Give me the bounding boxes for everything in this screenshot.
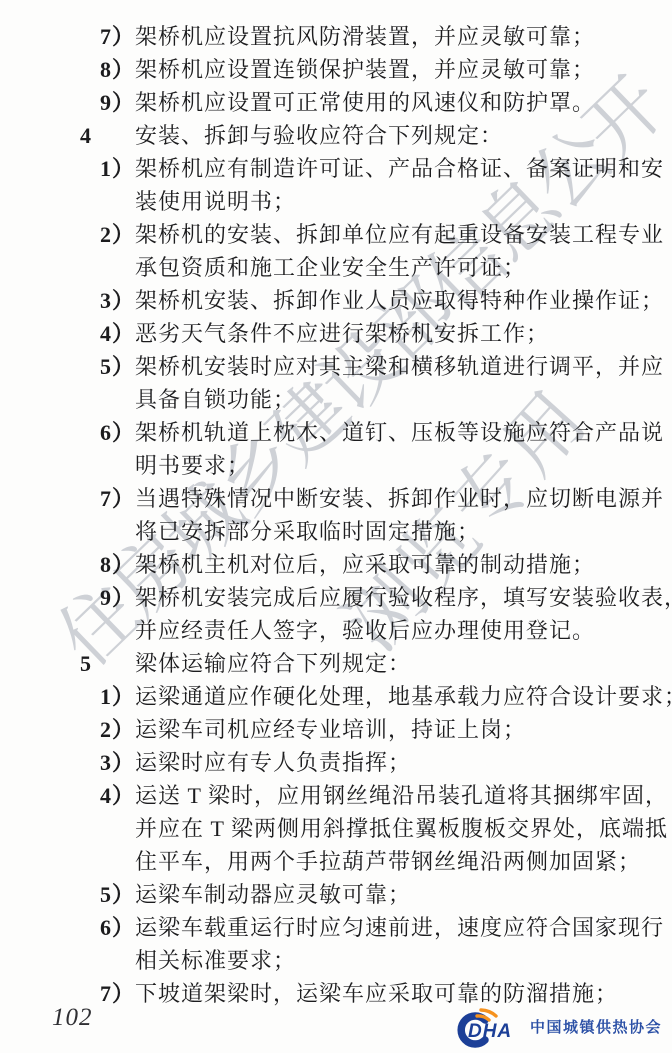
- list-item: 4） 恶劣天气条件不应进行架桥机安拆工作；: [60, 317, 660, 350]
- list-item: 7） 架桥机应设置抗风防滑装置，并应灵敏可靠；: [60, 20, 660, 53]
- text-line: 具备自锁功能；: [135, 383, 660, 416]
- document-body: 7） 架桥机应设置抗风防滑装置，并应灵敏可靠； 8） 架桥机应设置连锁保护装置，…: [60, 20, 660, 1010]
- item-number: 1）: [100, 680, 135, 713]
- item-number: 8）: [100, 53, 135, 86]
- list-item: 2） 运梁车司机应经专业培训，持证上岗；: [60, 713, 660, 746]
- text-line: 将已安拆部分采取临时固定措施；: [135, 515, 660, 548]
- association-logo: DHA 中国城镇供热协会: [452, 1006, 662, 1050]
- item-number: 9）: [100, 581, 135, 614]
- item-number: 8）: [100, 548, 135, 581]
- clause-number: 4: [80, 119, 92, 152]
- item-number: 2）: [100, 713, 135, 746]
- item-number: 1）: [100, 152, 135, 185]
- text-line: 恶劣天气条件不应进行架桥机安拆工作；: [135, 317, 660, 350]
- text-line: 架桥机安装完成后应履行验收程序，填写安装验收表，: [135, 581, 660, 614]
- list-item: 3） 运梁时应有专人负责指挥；: [60, 746, 660, 779]
- item-number: 7）: [100, 482, 135, 515]
- document-page: 住房城乡建设部信息公开 浏览专用 7） 架桥机应设置抗风防滑装置，并应灵敏可靠；…: [0, 0, 672, 1053]
- text-line: 架桥机应设置连锁保护装置，并应灵敏可靠；: [135, 53, 660, 86]
- list-item: 3） 架桥机安装、拆卸作业人员应取得特种作业操作证；: [60, 284, 660, 317]
- text-line: 架桥机轨道上枕木、道钉、压板等设施应符合产品说: [135, 416, 660, 449]
- list-item: 4） 运送 T 梁时，应用钢丝绳沿吊装孔道将其捆绑牢固， 并应在 T 梁两侧用斜…: [60, 779, 660, 878]
- item-number: 5）: [100, 350, 135, 383]
- list-item: 6） 架桥机轨道上枕木、道钉、压板等设施应符合产品说 明书要求；: [60, 416, 660, 482]
- clause-item: 4 安装、拆卸与验收应符合下列规定：: [60, 119, 660, 152]
- text-line: 架桥机安装、拆卸作业人员应取得特种作业操作证；: [135, 284, 660, 317]
- list-item: 5） 运梁车制动器应灵敏可靠；: [60, 878, 660, 911]
- item-number: 3）: [100, 746, 135, 779]
- logo-acronym: DHA: [468, 1021, 512, 1043]
- text-line: 并应经责任人签字，验收后应办理使用登记。: [135, 614, 660, 647]
- text-line: 运梁时应有专人负责指挥；: [135, 746, 660, 779]
- text-line: 架桥机的安装、拆卸单位应有起重设备安装工程专业: [135, 218, 660, 251]
- logo-association-name: 中国城镇供热协会: [530, 1006, 662, 1050]
- item-number: 4）: [100, 317, 135, 350]
- text-line: 运梁车司机应经专业培训，持证上岗；: [135, 713, 660, 746]
- list-item: 9） 架桥机应设置可正常使用的风速仪和防护罩。: [60, 86, 660, 119]
- item-number: 9）: [100, 86, 135, 119]
- text-line: 承包资质和施工企业安全生产许可证；: [135, 251, 660, 284]
- list-item: 6） 运梁车载重运行时应匀速前进，速度应符合国家现行 相关标准要求；: [60, 911, 660, 977]
- list-item: 7） 当遇特殊情况中断安装、拆卸作业时，应切断电源并 将已安拆部分采取临时固定措…: [60, 482, 660, 548]
- text-line: 运送 T 梁时，应用钢丝绳沿吊装孔道将其捆绑牢固，: [135, 779, 660, 812]
- item-number: 4）: [100, 779, 135, 812]
- text-line: 运梁通道应作硬化处理，地基承载力应符合设计要求；: [135, 680, 660, 713]
- list-item: 8） 架桥机主机对位后，应采取可靠的制动措施；: [60, 548, 660, 581]
- text-line: 架桥机主机对位后，应采取可靠的制动措施；: [135, 548, 660, 581]
- text-line: 安装、拆卸与验收应符合下列规定：: [135, 119, 660, 152]
- list-item: 9） 架桥机安装完成后应履行验收程序，填写安装验收表， 并应经责任人签字，验收后…: [60, 581, 660, 647]
- text-line: 并应在 T 梁两侧用斜撑抵住翼板腹板交界处，底端抵: [135, 812, 660, 845]
- list-item: 1） 运梁通道应作硬化处理，地基承载力应符合设计要求；: [60, 680, 660, 713]
- list-item: 2） 架桥机的安装、拆卸单位应有起重设备安装工程专业 承包资质和施工企业安全生产…: [60, 218, 660, 284]
- text-line: 相关标准要求；: [135, 944, 660, 977]
- item-number: 3）: [100, 284, 135, 317]
- item-number: 5）: [100, 878, 135, 911]
- text-line: 架桥机应设置可正常使用的风速仪和防护罩。: [135, 86, 660, 119]
- text-line: 架桥机安装时应对其主梁和横移轨道进行调平，并应: [135, 350, 660, 383]
- item-number: 7）: [100, 977, 135, 1010]
- list-item: 8） 架桥机应设置连锁保护装置，并应灵敏可靠；: [60, 53, 660, 86]
- list-item: 1） 架桥机应有制造许可证、产品合格证、备案证明和安 装使用说明书；: [60, 152, 660, 218]
- text-line: 运梁车载重运行时应匀速前进，速度应符合国家现行: [135, 911, 660, 944]
- text-line: 架桥机应有制造许可证、产品合格证、备案证明和安: [135, 152, 660, 185]
- text-line: 明书要求；: [135, 449, 660, 482]
- text-line: 运梁车制动器应灵敏可靠；: [135, 878, 660, 911]
- item-number: 2）: [100, 218, 135, 251]
- text-line: 当遇特殊情况中断安装、拆卸作业时，应切断电源并: [135, 482, 660, 515]
- text-line: 装使用说明书；: [135, 185, 660, 218]
- clause-number: 5: [80, 647, 92, 680]
- text-line: 住平车，用两个手拉葫芦带钢丝绳沿两侧加固紧；: [135, 845, 660, 878]
- text-line: 架桥机应设置抗风防滑装置，并应灵敏可靠；: [135, 20, 660, 53]
- dha-logo-mark: DHA: [452, 1007, 524, 1049]
- item-number: 6）: [100, 416, 135, 449]
- item-number: 6）: [100, 911, 135, 944]
- list-item: 5） 架桥机安装时应对其主梁和横移轨道进行调平，并应 具备自锁功能；: [60, 350, 660, 416]
- text-line: 梁体运输应符合下列规定：: [135, 647, 660, 680]
- clause-item: 5 梁体运输应符合下列规定：: [60, 647, 660, 680]
- item-number: 7）: [100, 20, 135, 53]
- page-number: 102: [52, 1004, 93, 1032]
